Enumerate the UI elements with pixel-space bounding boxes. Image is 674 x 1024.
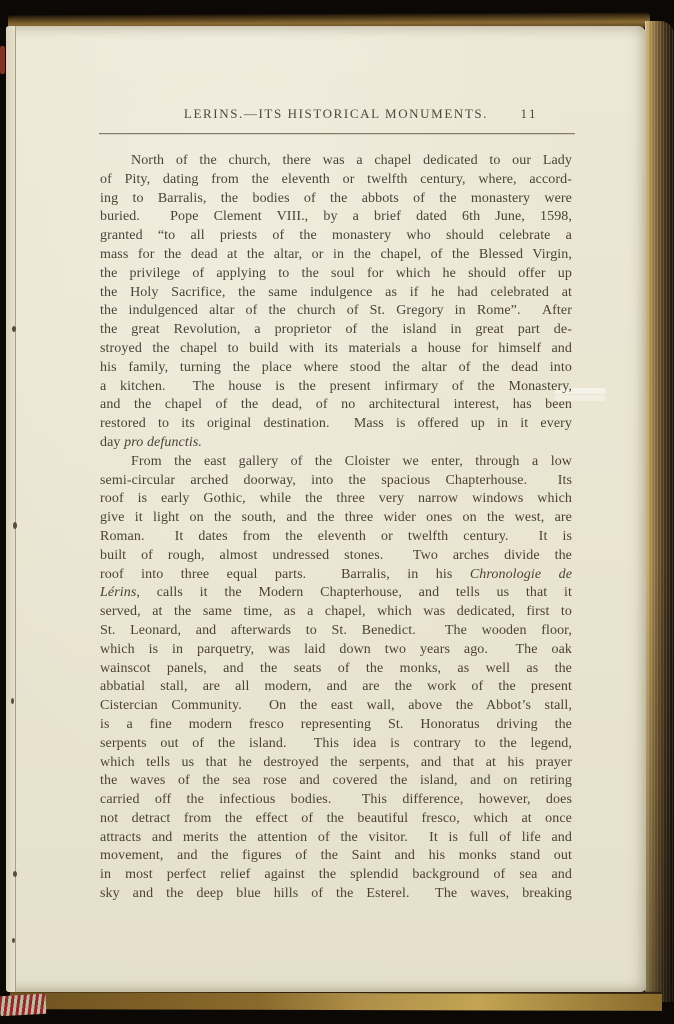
text-line: buried. Pope Clement VIII., by a brief d…: [100, 208, 572, 227]
text-segment: roof is early Gothic, while the three ve…: [100, 491, 572, 506]
text-segment: the Holy Sacrifice, the same indulgence …: [100, 285, 572, 300]
text-line: not detract from the effect of the beaut…: [100, 810, 572, 829]
book-fore-edge-pages: [645, 21, 674, 1002]
text-segment: abbatial stall, are all modern, and are …: [100, 679, 572, 694]
text-segment: roof into three equal parts. Barralis, i…: [100, 567, 470, 582]
text-line: which tells us that he destroyed the ser…: [100, 754, 572, 773]
text-line: Roman. It dates from the eleventh or twe…: [100, 528, 572, 547]
text-segment: ing to Barralis, the bodies of the abbot…: [100, 191, 572, 206]
header-rule: [99, 133, 575, 134]
page-speck: [11, 698, 14, 704]
text-line: which is in parquetry, was laid down two…: [100, 641, 572, 660]
text-line: serpents out of the island. This idea is…: [100, 735, 572, 754]
text-line: built of rough, almost undressed stones.…: [100, 547, 572, 566]
text-line: of Pity, dating from the eleventh or twe…: [100, 171, 572, 190]
text-line: roof is early Gothic, while the three ve…: [100, 490, 572, 509]
paragraph: North of the church, there was a chapel …: [100, 152, 572, 453]
text-segment: St. Leonard, and afterwards to St. Bened…: [100, 623, 572, 638]
text-segment: the great Revolution, a proprietor of th…: [100, 322, 572, 337]
text-segment: attracts and merits the attention of the…: [100, 830, 572, 845]
text-line: semi-circular arched doorway, into the s…: [100, 472, 572, 491]
text-line: in most perfect relief against the splen…: [100, 866, 572, 885]
text-segment: serpents out of the island. This idea is…: [100, 736, 572, 751]
text-segment: , calls it the Modern Chapterhouse, and …: [136, 585, 572, 600]
text-segment: restored to its original destination. Ma…: [100, 416, 572, 431]
page-speck: [13, 522, 17, 529]
text-line: ing to Barralis, the bodies of the abbot…: [100, 190, 572, 209]
text-line: carried off the infectious bodies. This …: [100, 791, 572, 810]
text-segment: semi-circular arched doorway, into the s…: [100, 473, 572, 488]
text-segment: carried off the infectious bodies. This …: [100, 792, 572, 807]
text-line: granted “to all priests of the monastery…: [100, 227, 572, 246]
page-number: 11: [100, 106, 572, 122]
page-speck: [13, 871, 17, 877]
text-segment: served, at the same time, as a chapel, w…: [100, 604, 572, 619]
book-bottom-gilt-edge: [10, 990, 662, 1011]
text-segment: buried. Pope Clement VIII., by a brief d…: [100, 209, 572, 224]
text-line: a kitchen. The house is the present infi…: [100, 378, 572, 397]
italic-text-segment: pro defunctis.: [124, 435, 202, 450]
text-line: the privilege of applying to the soul fo…: [100, 265, 572, 284]
text-segment: is a fine modern fresco representing St.…: [100, 717, 572, 732]
text-line: Lérins, calls it the Modern Chapterhouse…: [100, 584, 572, 603]
text-segment: give it light on the south, and the thre…: [100, 510, 572, 525]
text-line: served, at the same time, as a chapel, w…: [100, 603, 572, 622]
text-line: the indulgenced altar of the church of S…: [100, 302, 572, 321]
body-text: North of the church, there was a chapel …: [100, 152, 572, 904]
text-line: day pro defunctis.: [100, 434, 572, 453]
text-line: stroyed the chapel to build with its mat…: [100, 340, 572, 359]
text-segment: the privilege of applying to the soul fo…: [100, 266, 572, 281]
spine-red-mark: [0, 46, 5, 74]
text-segment: which tells us that he destroyed the ser…: [100, 755, 572, 770]
text-line: the waves of the sea rose and covered th…: [100, 772, 572, 791]
text-segment: stroyed the chapel to build with its mat…: [100, 341, 572, 356]
text-segment: day: [100, 435, 124, 450]
text-line: Cistercian Community. On the east wall, …: [100, 697, 572, 716]
text-segment: granted “to all priests of the monastery…: [100, 228, 572, 243]
text-line: the Holy Sacrifice, the same indulgence …: [100, 284, 572, 303]
page-speck: [12, 938, 15, 943]
text-segment: From the east gallery of the Cloister we…: [131, 454, 572, 469]
text-line: mass for the dead at the altar, or in th…: [100, 246, 572, 265]
text-line: sky and the deep blue hills of the Ester…: [100, 885, 572, 904]
text-line: St. Leonard, and afterwards to St. Bened…: [100, 622, 572, 641]
text-segment: the waves of the sea rose and covered th…: [100, 773, 572, 788]
text-segment: Roman. It dates from the eleventh or twe…: [100, 529, 572, 544]
text-segment: a kitchen. The house is the present infi…: [100, 379, 572, 394]
italic-text-segment: Chronologie de: [470, 567, 572, 582]
text-segment: sky and the deep blue hills of the Ester…: [100, 886, 572, 901]
text-line: the great Revolution, a proprietor of th…: [100, 321, 572, 340]
gutter-page-edge: [6, 26, 16, 992]
text-line: his family, turning the place where stoo…: [100, 359, 572, 378]
text-line: restored to its original destination. Ma…: [100, 415, 572, 434]
text-segment: built of rough, almost undressed stones.…: [100, 548, 572, 563]
text-segment: mass for the dead at the altar, or in th…: [100, 247, 572, 262]
text-line: roof into three equal parts. Barralis, i…: [100, 566, 572, 585]
text-segment: and the chapel of the dead, of no archit…: [100, 397, 572, 412]
text-line: attracts and merits the attention of the…: [100, 829, 572, 848]
text-line: abbatial stall, are all modern, and are …: [100, 678, 572, 697]
book-scan-photo: { "colors": { "backdrop_black": "#0b0806…: [0, 0, 674, 1024]
text-segment: of Pity, dating from the eleventh or twe…: [100, 172, 572, 187]
text-segment: the indulgenced altar of the church of S…: [100, 303, 572, 318]
italic-text-segment: Lérins: [100, 585, 136, 600]
text-segment: which is in parquetry, was laid down two…: [100, 642, 572, 657]
text-line: From the east gallery of the Cloister we…: [100, 453, 572, 472]
text-line: wainscot panels, and the seats of the mo…: [100, 660, 572, 679]
book-page: LERINS.—ITS HISTORICAL MONUMENTS. 11 Nor…: [6, 26, 646, 992]
book-headband: [0, 994, 46, 1016]
text-line: movement, and the figures of the Saint a…: [100, 847, 572, 866]
text-segment: North of the church, there was a chapel …: [131, 153, 572, 168]
text-segment: not detract from the effect of the beaut…: [100, 811, 572, 826]
text-line: and the chapel of the dead, of no archit…: [100, 396, 572, 415]
text-segment: his family, turning the place where stoo…: [100, 360, 572, 375]
text-segment: movement, and the figures of the Saint a…: [100, 848, 572, 863]
text-segment: Cistercian Community. On the east wall, …: [100, 698, 572, 713]
text-line: give it light on the south, and the thre…: [100, 509, 572, 528]
text-line: North of the church, there was a chapel …: [100, 152, 572, 171]
page-speck: [12, 326, 16, 332]
text-segment: in most perfect relief against the splen…: [100, 867, 572, 882]
paragraph: From the east gallery of the Cloister we…: [100, 453, 572, 904]
text-segment: wainscot panels, and the seats of the mo…: [100, 661, 572, 676]
text-line: is a fine modern fresco representing St.…: [100, 716, 572, 735]
